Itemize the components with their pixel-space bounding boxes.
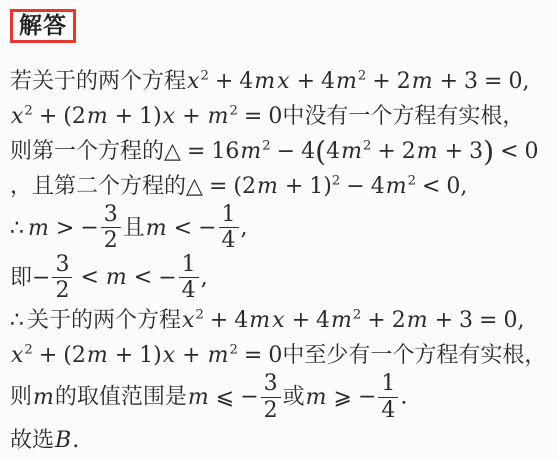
math-token: ⩾ [334,385,352,410]
math-token: − [240,385,258,410]
math-token: < [80,265,98,290]
math-token: 4 [234,308,248,333]
math-token: = [479,308,497,333]
solution-line-4: ，且第二个方程的△=(2m+1)2−4m2<0, [10,169,546,204]
math-token: m [208,104,229,129]
solution-line-1: 若关于的两个方程x2+4mx+4m2+2m+3=0, [10,64,546,99]
math-token: 2 [72,343,86,368]
math-token: △ [164,139,181,164]
math-token: m [146,216,167,241]
superscript: 2 [353,308,361,323]
fraction: 14 [179,253,199,303]
math-token: x [11,343,23,368]
math-token: 1 [309,174,323,199]
math-token: m [208,343,229,368]
math-token: 2 [397,69,411,94]
math-token: x [272,308,284,333]
math-token: 2 [72,104,86,129]
solution-line-10: 故选B. [10,423,546,458]
math-token: △ [186,174,203,199]
math-token: ) [483,135,494,168]
math-token: 即 [10,264,32,289]
fraction: 14 [378,372,398,422]
math-token: + [182,343,200,368]
solution-body: 若关于的两个方程x2+4mx+4m2+2m+3=0,x2+(2m+1)x+m2=… [10,64,546,458]
math-token: x [163,343,175,368]
math-token: ( [63,104,72,129]
math-token: 4 [316,308,330,333]
math-token: − [277,139,295,164]
math-token: + [39,104,57,129]
solution-line-5: ∴m>−32且m<−14, [10,204,546,254]
solution-page: 解答 若关于的两个方程x2+4mx+4m2+2m+3=0,x2+(2m+1)x+… [0,0,558,460]
solution-line-6: 即−32<m<−14, [10,254,546,304]
math-token: + [297,69,315,94]
superscript: 2 [262,139,270,154]
math-token: m [306,385,327,410]
math-token: 关于的两个方程 [27,307,181,332]
math-token: ) [153,343,162,368]
math-token: m [257,174,278,199]
math-token: , [241,216,248,241]
math-token: = [187,139,205,164]
math-token: 0 [268,104,282,129]
math-token: 故选 [10,427,54,452]
math-token: 的取值范围是 [55,384,187,409]
math-token: x [277,69,289,94]
fraction: 32 [52,253,72,303]
math-token: + [215,69,233,94]
math-token: x [187,69,199,94]
math-token: m [249,308,270,333]
math-token: 中至少有一个方程有实根， [282,342,546,367]
math-token: 则 [10,384,32,409]
math-token: 2 [402,139,416,164]
math-token: m [106,265,127,290]
math-token: ) [323,174,332,199]
superscript: 2 [24,343,32,358]
math-token: ，且第二个方程的 [10,173,186,198]
math-token: 且 [123,215,145,240]
math-token: 4 [301,139,315,164]
math-token: + [182,104,200,129]
math-token: − [198,216,216,241]
math-token: , [522,69,529,94]
math-token: 0 [508,69,522,94]
math-token: m [33,385,54,410]
math-token: + [210,308,228,333]
math-token: + [285,174,303,199]
math-token: 4 [321,69,335,94]
math-token: < [500,139,518,164]
math-token: + [372,69,390,94]
math-token: 0 [446,174,460,199]
answer-header-label: 解答 [19,12,67,38]
math-token: = [244,343,262,368]
math-token: 4 [326,139,340,164]
superscript: 2 [229,104,237,119]
math-token: − [80,216,98,241]
math-token: m [240,139,261,164]
math-token: + [39,343,57,368]
math-token: m [386,174,407,199]
math-token: − [346,174,364,199]
superscript: 2 [24,104,32,119]
math-token: ( [63,343,72,368]
math-token: + [367,308,385,333]
math-token: m [188,385,209,410]
superscript: 2 [332,174,340,189]
math-token: + [115,104,133,129]
math-token: < [174,216,192,241]
math-token: 则第一个方程的 [10,138,164,163]
math-token: . [72,428,79,453]
math-token: ∴ [10,216,24,241]
math-token: 3 [469,139,483,164]
math-token: 2 [392,308,406,333]
math-token: 2 [242,174,256,199]
math-token: + [440,69,458,94]
math-token: − [158,265,176,290]
fraction: 14 [219,203,239,253]
superscript: 2 [358,69,366,84]
math-token: 或 [283,384,305,409]
math-token: m [331,308,352,333]
math-token: 0 [525,139,539,164]
fraction: 32 [101,203,121,253]
math-token: + [115,343,133,368]
math-token: > [56,216,74,241]
math-token: ⩽ [216,385,234,410]
math-token: − [358,385,376,410]
math-token: m [87,104,108,129]
math-token: − [32,265,50,290]
solution-line-2: x2+(2m+1)x+m2=0中没有一个方程有实根， [10,99,546,134]
math-token: B [55,428,71,453]
solution-line-9: 则m的取值范围是m⩽−32或m⩾−14. [10,373,546,423]
math-token: + [292,308,310,333]
math-token: x [163,104,175,129]
math-token: < [134,265,152,290]
math-token: 0 [268,343,282,368]
math-token: m [87,343,108,368]
math-token: , [460,174,467,199]
math-token: m [412,69,433,94]
math-token: ∴ [10,308,24,333]
math-token: 1 [139,343,153,368]
math-token: m [341,139,362,164]
math-token: m [407,308,428,333]
math-token: x [11,104,23,129]
superscript: 2 [229,343,237,358]
answer-header-box: 解答 [10,9,76,43]
math-token: 中没有一个方程有实根， [282,103,524,128]
superscript: 2 [200,69,208,84]
fraction: 32 [261,372,281,422]
superscript: 2 [363,139,371,154]
solution-line-8: x2+(2m+1)x+m2=0中至少有一个方程有实根， [10,338,546,373]
math-token: 4 [239,69,253,94]
math-token: m [28,216,49,241]
math-token: 1 [139,104,153,129]
solution-line-7: ∴关于的两个方程x2+4mx+4m2+2m+3=0, [10,303,546,338]
superscript: 2 [195,308,203,323]
math-token: 0 [503,308,517,333]
math-token: , [517,308,524,333]
math-token: < [422,174,440,199]
math-token: = [484,69,502,94]
math-token: + [435,308,453,333]
math-token: ) [153,104,162,129]
math-token: = [244,104,262,129]
math-token: , [201,265,208,290]
math-token: + [377,139,395,164]
math-token: m [336,69,357,94]
superscript: 2 [408,174,416,189]
math-token: x [182,308,194,333]
math-token: 16 [211,139,239,164]
solution-line-3: 则第一个方程的△=16m2−4(4m2+2m+3)<0 [10,134,546,169]
math-token: ( [315,135,326,168]
math-token: = [209,174,227,199]
math-token: 4 [371,174,385,199]
math-token: + [445,139,463,164]
math-token: 若关于的两个方程 [10,68,186,93]
math-token: m [417,139,438,164]
math-token: . [400,385,407,410]
math-token: ( [233,174,242,199]
math-token: 3 [464,69,478,94]
math-token: 3 [459,308,473,333]
math-token: m [254,69,275,94]
